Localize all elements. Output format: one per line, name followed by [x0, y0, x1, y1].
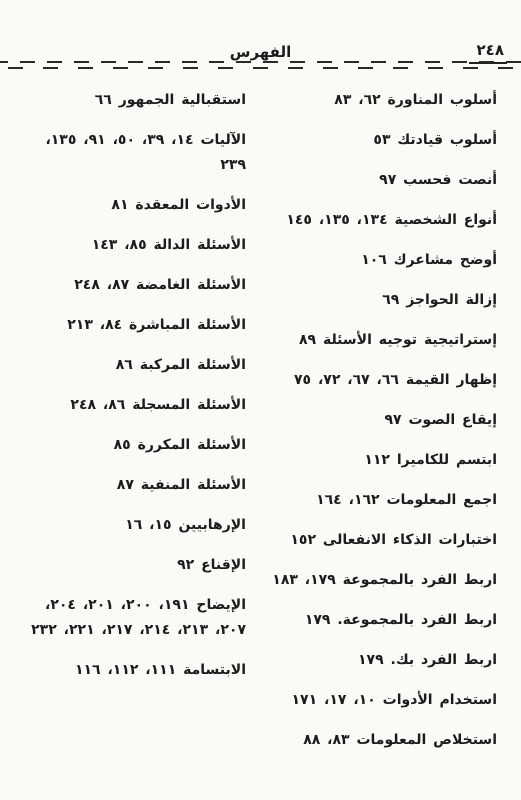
index-entry: الأسئلة الغامضة ٨٧، ٢٤٨ — [28, 273, 246, 298]
index-entry: اجمع المعلومات ١٦٢، ١٦٤ — [260, 488, 497, 513]
entry-page-numbers: ١١١، ١١٢، ١١٦ — [75, 662, 176, 678]
index-entry: اختبارات الذكاء الانفعالى ١٥٢ — [260, 528, 497, 553]
index-body: أسلوب المناورة ٦٢، ٨٣أسلوب قيادتك ٥٣أنصت… — [0, 72, 521, 768]
index-entry: اربط الفرد بالمجموعة ١٧٩، ١٨٣ — [260, 568, 497, 593]
entry-term: استقبالية الجمهور — [119, 92, 246, 108]
entry-page-numbers: ٨٦ — [116, 357, 133, 373]
entry-page-numbers: ٥٣ — [373, 132, 390, 148]
entry-term: إزالة الحواجز — [406, 292, 497, 308]
entry-page-numbers: ٨٥ — [114, 437, 131, 453]
index-entry: الآليات ١٤، ٣٩، ٥٠، ٩١، ١٣٥، ٢٣٩ — [28, 128, 246, 178]
index-entry: ابتسم للكاميرا ١١٢ — [260, 448, 497, 473]
entry-page-numbers: ٦٦ — [95, 92, 112, 108]
index-column-right: أسلوب المناورة ٦٢، ٨٣أسلوب قيادتك ٥٣أنصت… — [260, 88, 497, 768]
index-entry: الأسئلة المنفية ٨٧ — [28, 473, 246, 498]
entry-page-numbers: ٨٧، ٢٤٨ — [74, 277, 129, 293]
entry-term: اختبارات الذكاء الانفعالى — [323, 532, 497, 548]
header-dashed-rule — [0, 67, 521, 69]
index-entry: اربط الفرد بالمجموعة. ١٧٩ — [260, 608, 497, 633]
entry-term: اربط الفرد بك. — [391, 652, 498, 668]
entry-term: أنصت فحسب — [403, 172, 497, 188]
index-entry: أنصت فحسب ٩٧ — [260, 168, 497, 193]
index-entry: إظهار القيمة ٦٦، ٦٧، ٧٢، ٧٥ — [260, 368, 497, 393]
index-entry: الأسئلة الدالة ٨٥، ١٤٣ — [28, 233, 246, 258]
index-entry: الأسئلة المباشرة ٨٤، ٢١٣ — [28, 313, 246, 338]
entry-term: الابتسامة — [183, 662, 246, 678]
entry-page-numbers: ١٠٦ — [361, 252, 387, 268]
index-entry: الأدوات المعقدة ٨١ — [28, 193, 246, 218]
entry-page-numbers: ١٣٤، ١٣٥، ١٤٥ — [286, 212, 387, 228]
entry-term: اربط الفرد بالمجموعة. — [337, 612, 497, 628]
entry-term: الأسئلة المكررة — [138, 437, 246, 453]
entry-term: أسلوب المناورة — [388, 92, 497, 108]
entry-term: الأسئلة المسجلة — [132, 397, 246, 413]
entry-page-numbers: ٨١ — [111, 197, 128, 213]
index-entry: أنواع الشخصية ١٣٤، ١٣٥، ١٤٥ — [260, 208, 497, 233]
index-entry: الإيضاح ١٩١، ٢٠٠، ٢٠١، ٢٠٤، ٢٠٧، ٢١٣، ٢١… — [28, 593, 246, 643]
index-column-left: استقبالية الجمهور ٦٦الآليات ١٤، ٣٩، ٥٠، … — [28, 88, 246, 768]
index-entry: أسلوب المناورة ٦٢، ٨٣ — [260, 88, 497, 113]
entry-term: أنواع الشخصية — [395, 212, 497, 228]
index-entry: إيقاع الصوت ٩٧ — [260, 408, 497, 433]
index-entry: الابتسامة ١١١، ١١٢، ١١٦ — [28, 658, 246, 683]
index-entry: اربط الفرد بك. ١٧٩ — [260, 648, 497, 673]
entry-term: الإقناع — [201, 557, 246, 573]
index-entry: استخلاص المعلومات ٨٣، ٨٨ — [260, 728, 497, 753]
entry-page-numbers: ١٧٩، ١٨٣ — [272, 572, 335, 588]
index-entry: الأسئلة المكررة ٨٥ — [28, 433, 246, 458]
entry-term: استخدام الأدوات — [383, 692, 497, 708]
entry-term: الأسئلة المركبة — [140, 357, 246, 373]
index-entry: الإرهابيين ١٥، ١٦ — [28, 513, 246, 538]
entry-page-numbers: ٩٧ — [385, 412, 402, 428]
entry-page-numbers: ١٠، ١٧، ١٧١ — [292, 692, 376, 708]
entry-page-numbers: ١٧٩ — [305, 612, 331, 628]
entry-page-numbers: ١١٢ — [364, 452, 390, 468]
index-entry: إستراتيجية توجيه الأسئلة ٨٩ — [260, 328, 497, 353]
index-entry: الإقناع ٩٢ — [28, 553, 246, 578]
entry-term: اربط الفرد بالمجموعة — [343, 572, 497, 588]
entry-page-numbers: ٦٢، ٨٣ — [334, 92, 380, 108]
entry-page-numbers: ٨٥، ١٤٣ — [92, 237, 147, 253]
index-entry: الأسئلة المركبة ٨٦ — [28, 353, 246, 378]
page-title: الفهرس — [230, 43, 292, 61]
entry-term: الإرهابيين — [178, 517, 246, 533]
entry-page-numbers: ١٧٩ — [358, 652, 384, 668]
index-entry: الأسئلة المسجلة ٨٦، ٢٤٨ — [28, 393, 246, 418]
entry-page-numbers: ٩٧ — [379, 172, 396, 188]
index-entry: أوضح مشاعرك ١٠٦ — [260, 248, 497, 273]
entry-term: الإيضاح — [196, 597, 246, 613]
entry-term: ابتسم للكاميرا — [397, 452, 497, 468]
index-entry: إزالة الحواجز ٦٩ — [260, 288, 497, 313]
entry-term: الأسئلة المباشرة — [129, 317, 246, 333]
index-entry: أسلوب قيادتك ٥٣ — [260, 128, 497, 153]
entry-page-numbers: ١٥، ١٦ — [125, 517, 171, 533]
entry-page-numbers: ٨٩ — [299, 332, 316, 348]
entry-page-numbers: ١٦٢، ١٦٤ — [316, 492, 379, 508]
entry-term: استخلاص المعلومات — [356, 732, 497, 748]
header-dashed-rule — [0, 61, 521, 63]
entry-page-numbers: ٨٦، ٢٤٨ — [70, 397, 125, 413]
entry-term: إظهار القيمة — [406, 372, 497, 388]
entry-term: الأسئلة المنفية — [141, 477, 246, 493]
entry-term: إيقاع الصوت — [408, 412, 497, 428]
entry-page-numbers: ٨٧ — [117, 477, 134, 493]
entry-term: أوضح مشاعرك — [394, 252, 497, 268]
entry-term: أسلوب قيادتك — [397, 132, 497, 148]
entry-page-numbers: ٩٢ — [177, 557, 194, 573]
entry-term: الأدوات المعقدة — [135, 197, 246, 213]
entry-term: الأسئلة الدالة — [154, 237, 246, 253]
entry-term: إستراتيجية توجيه الأسئلة — [323, 332, 497, 348]
entry-page-numbers: ٨٣، ٨٨ — [303, 732, 349, 748]
entry-page-numbers: ٨٤، ٢١٣ — [67, 317, 122, 333]
entry-page-numbers: ١٥٢ — [290, 532, 316, 548]
entry-page-numbers: ٦٦، ٦٧، ٧٢، ٧٥ — [294, 372, 399, 388]
scanned-book-page: ٢٤٨ الفهرس أسلوب المناورة ٦٢، ٨٣أسلوب قي… — [0, 0, 521, 800]
entry-page-numbers: ٦٩ — [382, 292, 399, 308]
index-entry: استقبالية الجمهور ٦٦ — [28, 88, 246, 113]
page-header: ٢٤٨ الفهرس — [0, 0, 521, 72]
index-entry: استخدام الأدوات ١٠، ١٧، ١٧١ — [260, 688, 497, 713]
entry-term: الآليات — [200, 132, 246, 148]
entry-term: الأسئلة الغامضة — [136, 277, 246, 293]
entry-term: اجمع المعلومات — [386, 492, 497, 508]
